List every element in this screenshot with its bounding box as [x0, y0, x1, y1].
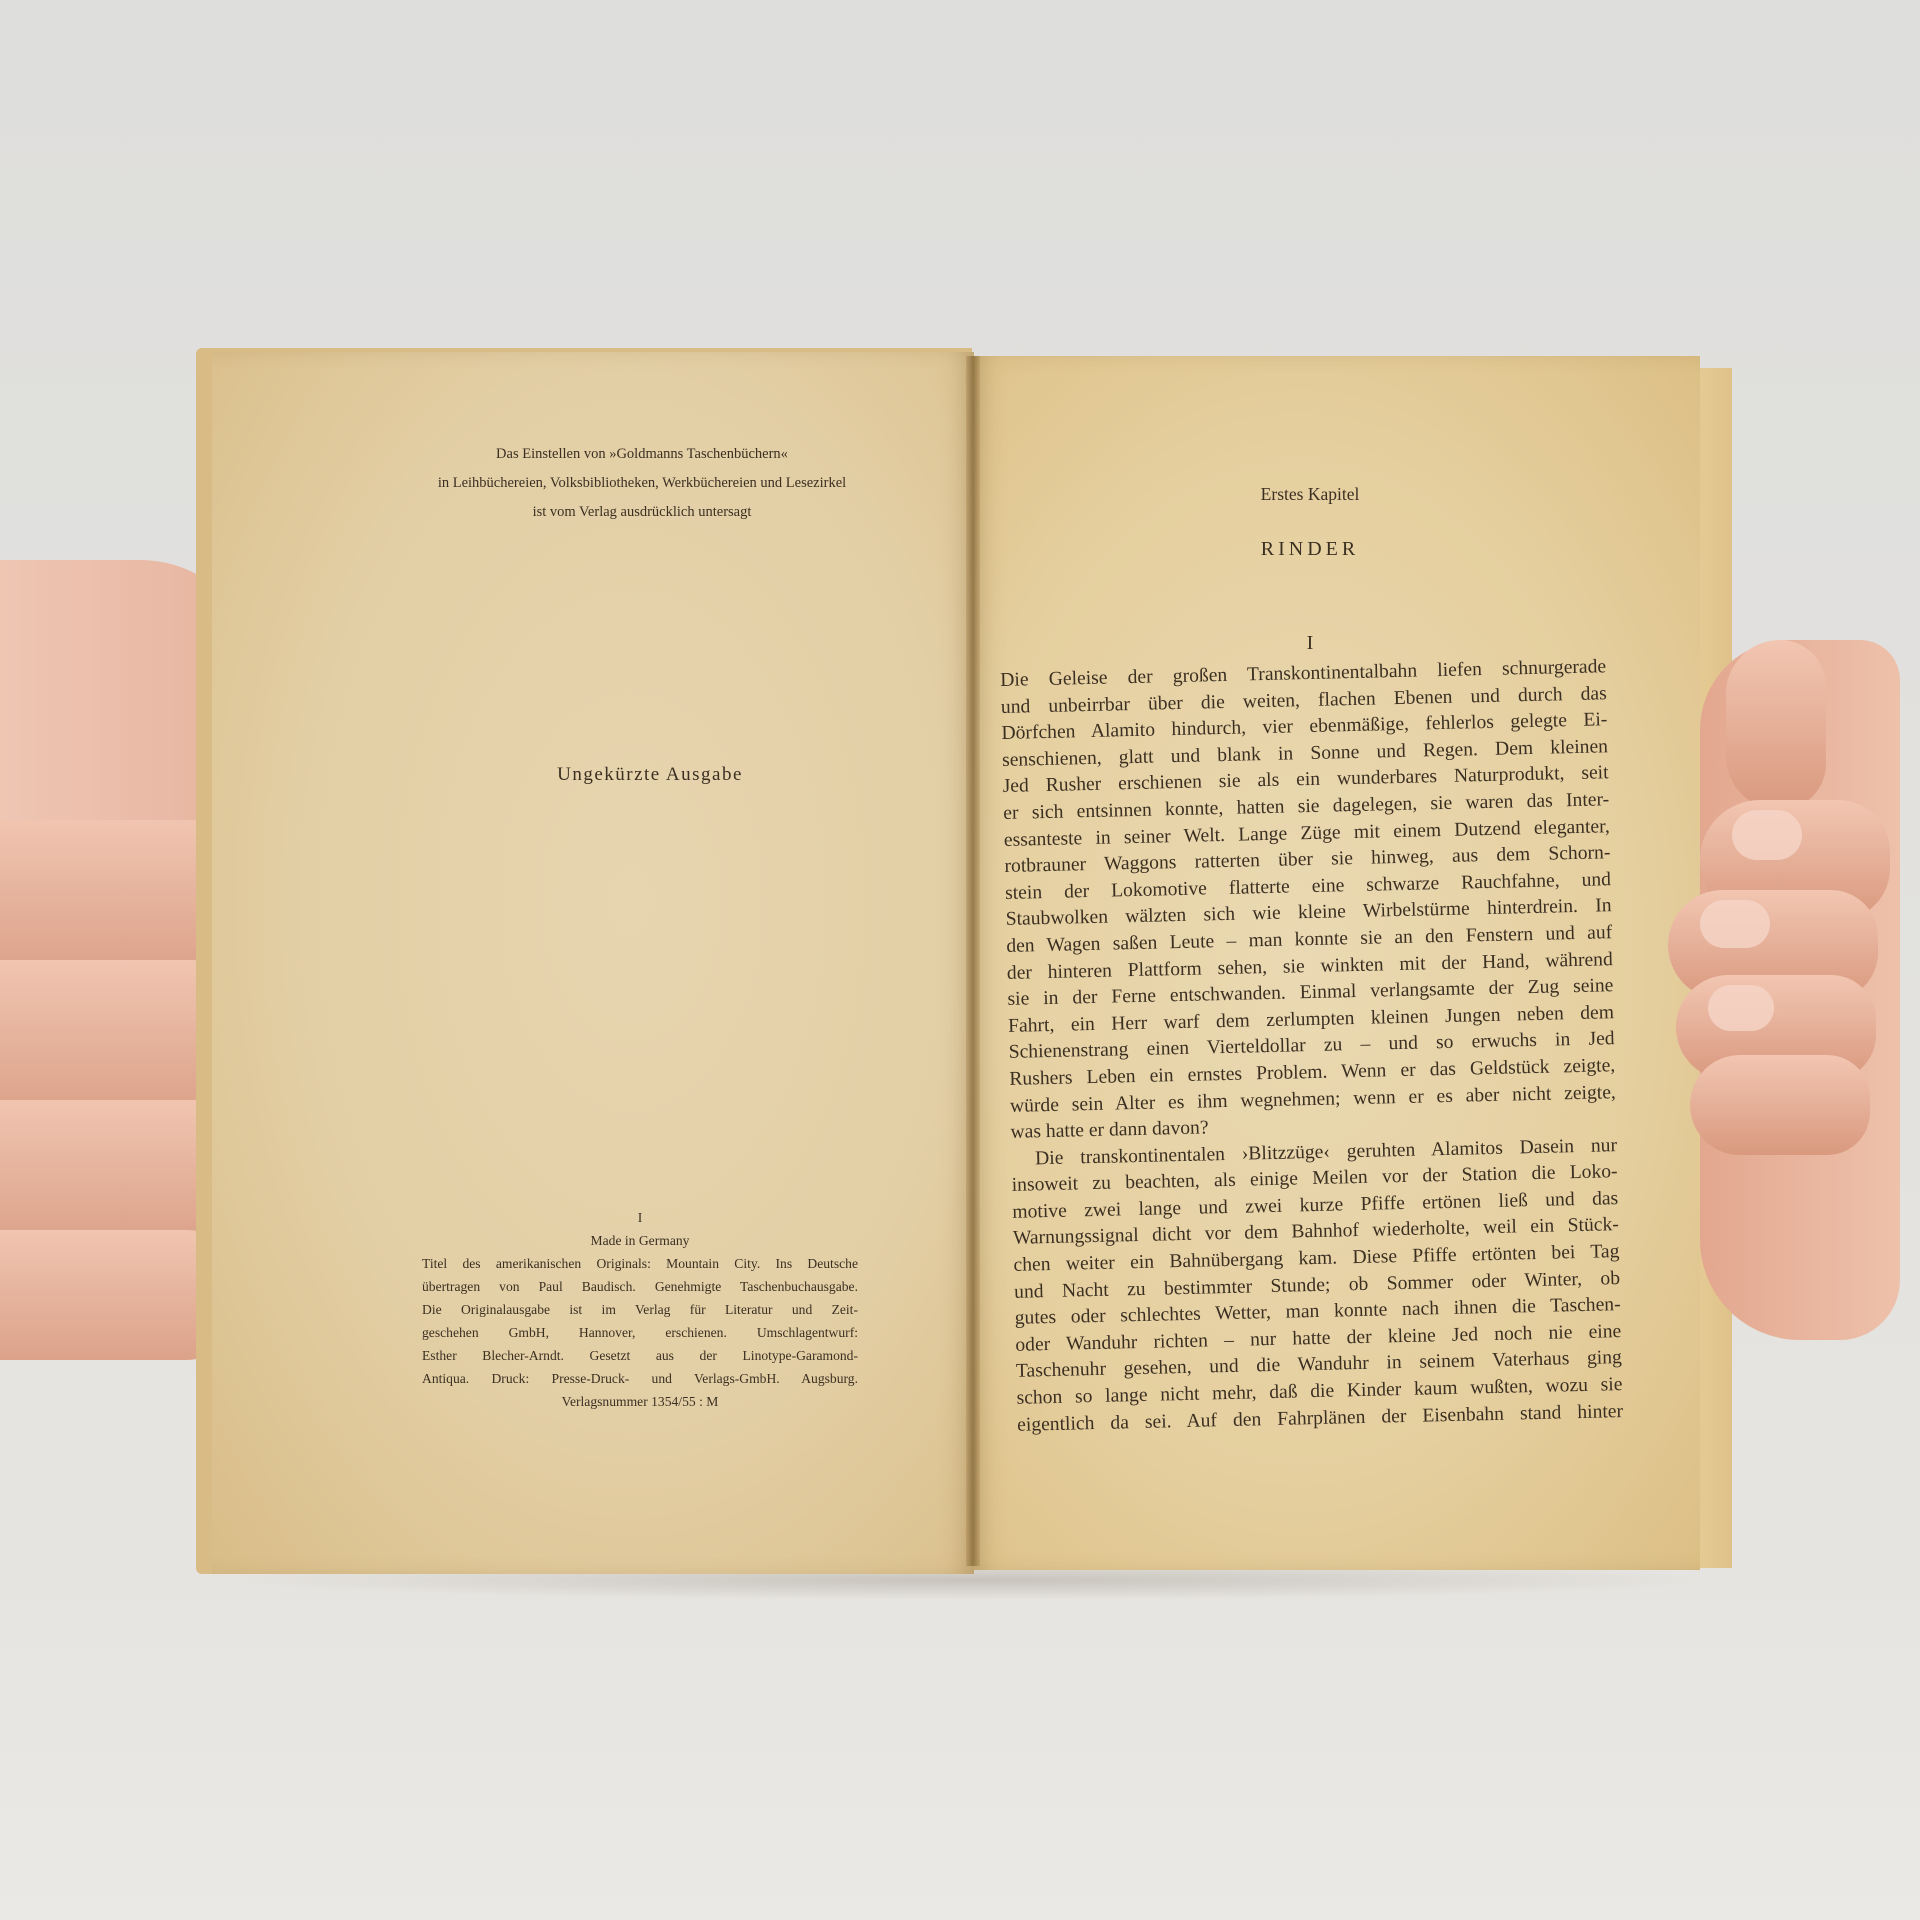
right-hand-finger — [1690, 1055, 1870, 1155]
imprint-line: Esther Blecher-Arndt. Gesetzt aus der Li… — [422, 1344, 858, 1367]
fingernail — [1700, 900, 1770, 948]
imprint-line: Titel des amerikanischen Originals: Moun… — [422, 1252, 858, 1275]
made-in-label: Made in Germany — [422, 1229, 858, 1252]
notice-line: in Leihbüchereien, Volksbibliotheken, We… — [312, 469, 972, 498]
table-surface — [0, 1560, 1920, 1920]
imprint-line: Antiqua. Druck: Presse-Druck- und Verlag… — [422, 1367, 858, 1390]
section-number: I — [1100, 632, 1520, 655]
fingernail — [1708, 985, 1774, 1031]
signature-mark: I — [422, 1206, 858, 1229]
book-gutter — [966, 356, 980, 1566]
imprint-line: übertragen von Paul Baudisch. Genehmigte… — [422, 1275, 858, 1298]
chapter-label: Erstes Kapitel — [1100, 484, 1520, 505]
imprint-block: I Made in Germany Titel des amerikanisch… — [422, 1206, 858, 1413]
imprint-line: Die Originalausgabe ist im Verlag für Li… — [422, 1298, 858, 1321]
right-hand-thumb — [1726, 640, 1826, 810]
chapter-title: RINDER — [1100, 538, 1520, 561]
fingernail — [1732, 810, 1802, 860]
edition-label: Ungekürzte Ausgabe — [460, 764, 840, 786]
notice-line: ist vom Verlag ausdrücklich untersagt — [392, 498, 892, 527]
notice-line: Das Einstellen von »Goldmanns Taschenbüc… — [392, 440, 892, 469]
imprint-line: geschehen GmbH, Hannover, erschienen. Um… — [422, 1321, 858, 1344]
chapter-body-text: Die Geleise der großen Transkontinentalb… — [1000, 654, 1623, 1439]
lending-notice: Das Einstellen von »Goldmanns Taschenbüc… — [392, 440, 892, 527]
publisher-number: Verlagsnummer 1354/55 : M — [422, 1390, 858, 1413]
